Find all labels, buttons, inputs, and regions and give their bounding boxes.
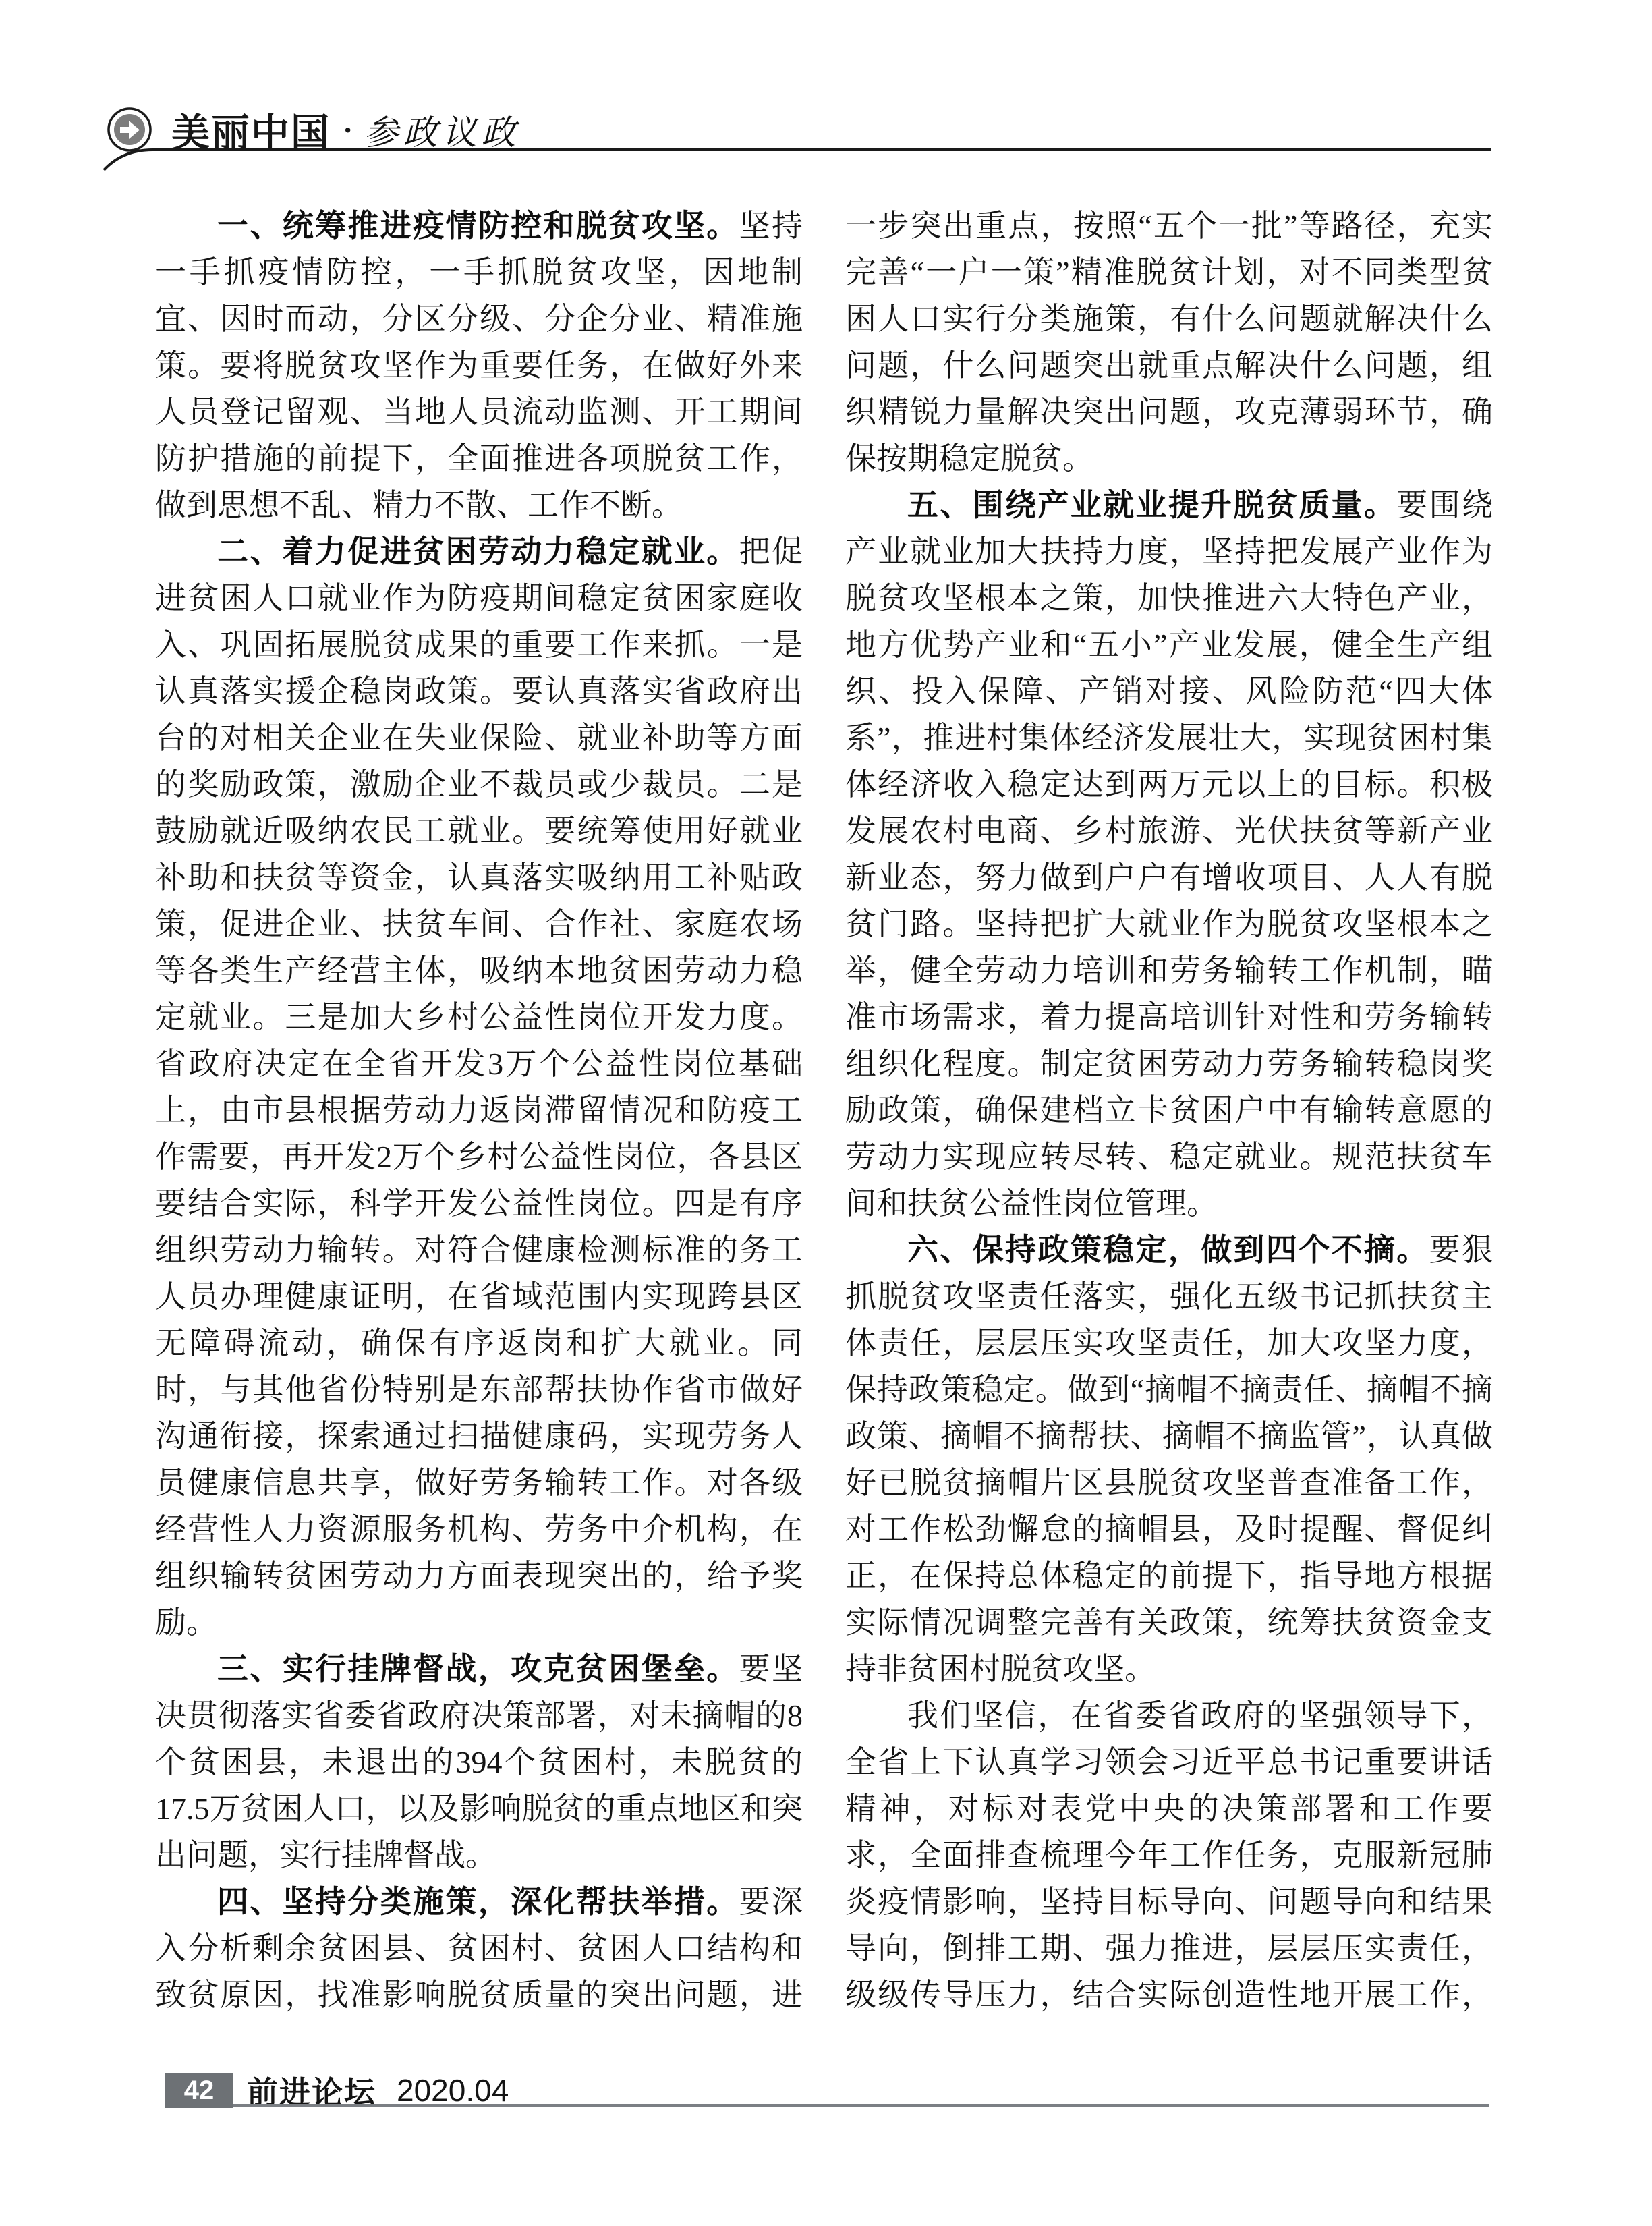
journal-issue: 2020.04 bbox=[397, 2073, 509, 2108]
section-heading: 六、保持政策稳定，做到四个不摘。 bbox=[907, 1232, 1429, 1267]
paragraph-text: 要狠抓脱贫攻坚责任落实，强化五级书记抓扶贫主体责任，层层压实攻坚责任，加大攻坚力… bbox=[845, 1233, 1493, 1686]
article-paragraph: 一、统筹推进疫情防控和脱贫攻坚。坚持一手抓疫情防控，一手抓脱贫攻坚，因地制宜、因… bbox=[155, 202, 803, 528]
section-heading: 四、坚持分类施策，深化帮扶举措。 bbox=[217, 1884, 739, 1919]
journal-name: 前进论坛 bbox=[247, 2073, 376, 2108]
section-heading: 一、统筹推进疫情防控和脱贫攻坚。 bbox=[217, 208, 739, 243]
paragraph-text: 坚持一手抓疫情防控，一手抓脱贫攻坚，因地制宜、因时而动，分区分级、分企分业、精准… bbox=[155, 208, 803, 522]
section-heading: 二、着力促进贫困劳动力稳定就业。 bbox=[217, 534, 739, 569]
article-paragraph: 三、实行挂牌督战，攻克贫困堡垒。要坚决贯彻落实省委省政府决策部署，对未摘帽的8个… bbox=[155, 1646, 803, 1879]
magazine-page: 美丽中国 · 参政议政 一、统筹推进疫情防控和脱贫攻坚。坚持一手抓疫情防控，一手… bbox=[0, 0, 1652, 2226]
article-paragraph: 六、保持政策稳定，做到四个不摘。要狠抓脱贫攻坚责任落实，强化五级书记抓扶贫主体责… bbox=[845, 1227, 1493, 1692]
footer-rule bbox=[233, 2104, 1489, 2107]
paragraph-text: 要围绕产业就业加大扶持力度，坚持把发展产业作为脱贫攻坚根本之策，加快推进六大特色… bbox=[845, 488, 1493, 1221]
paragraph-text: 把促进贫困人口就业作为防疫期间稳定贫困家庭收入、巩固拓展脱贫成果的重要工作来抓。… bbox=[155, 534, 803, 1640]
section-heading: 五、围绕产业就业提升脱贫质量。 bbox=[907, 487, 1396, 522]
page-number-badge: 42 bbox=[165, 2073, 233, 2108]
article-paragraph: 二、着力促进贫困劳动力稳定就业。把促进贫困人口就业作为防疫期间稳定贫困家庭收入、… bbox=[155, 528, 803, 1646]
header-rule bbox=[98, 143, 1491, 174]
article-paragraph: 五、围绕产业就业提升脱贫质量。要围绕产业就业加大扶持力度，坚持把发展产业作为脱贫… bbox=[845, 482, 1493, 1227]
header-separator: · bbox=[343, 112, 353, 148]
article-body: 一、统筹推进疫情防控和脱贫攻坚。坚持一手抓疫情防控，一手抓脱贫攻坚，因地制宜、因… bbox=[155, 202, 1493, 2018]
section-heading: 三、实行挂牌督战，攻克贫困堡垒。 bbox=[217, 1651, 739, 1686]
